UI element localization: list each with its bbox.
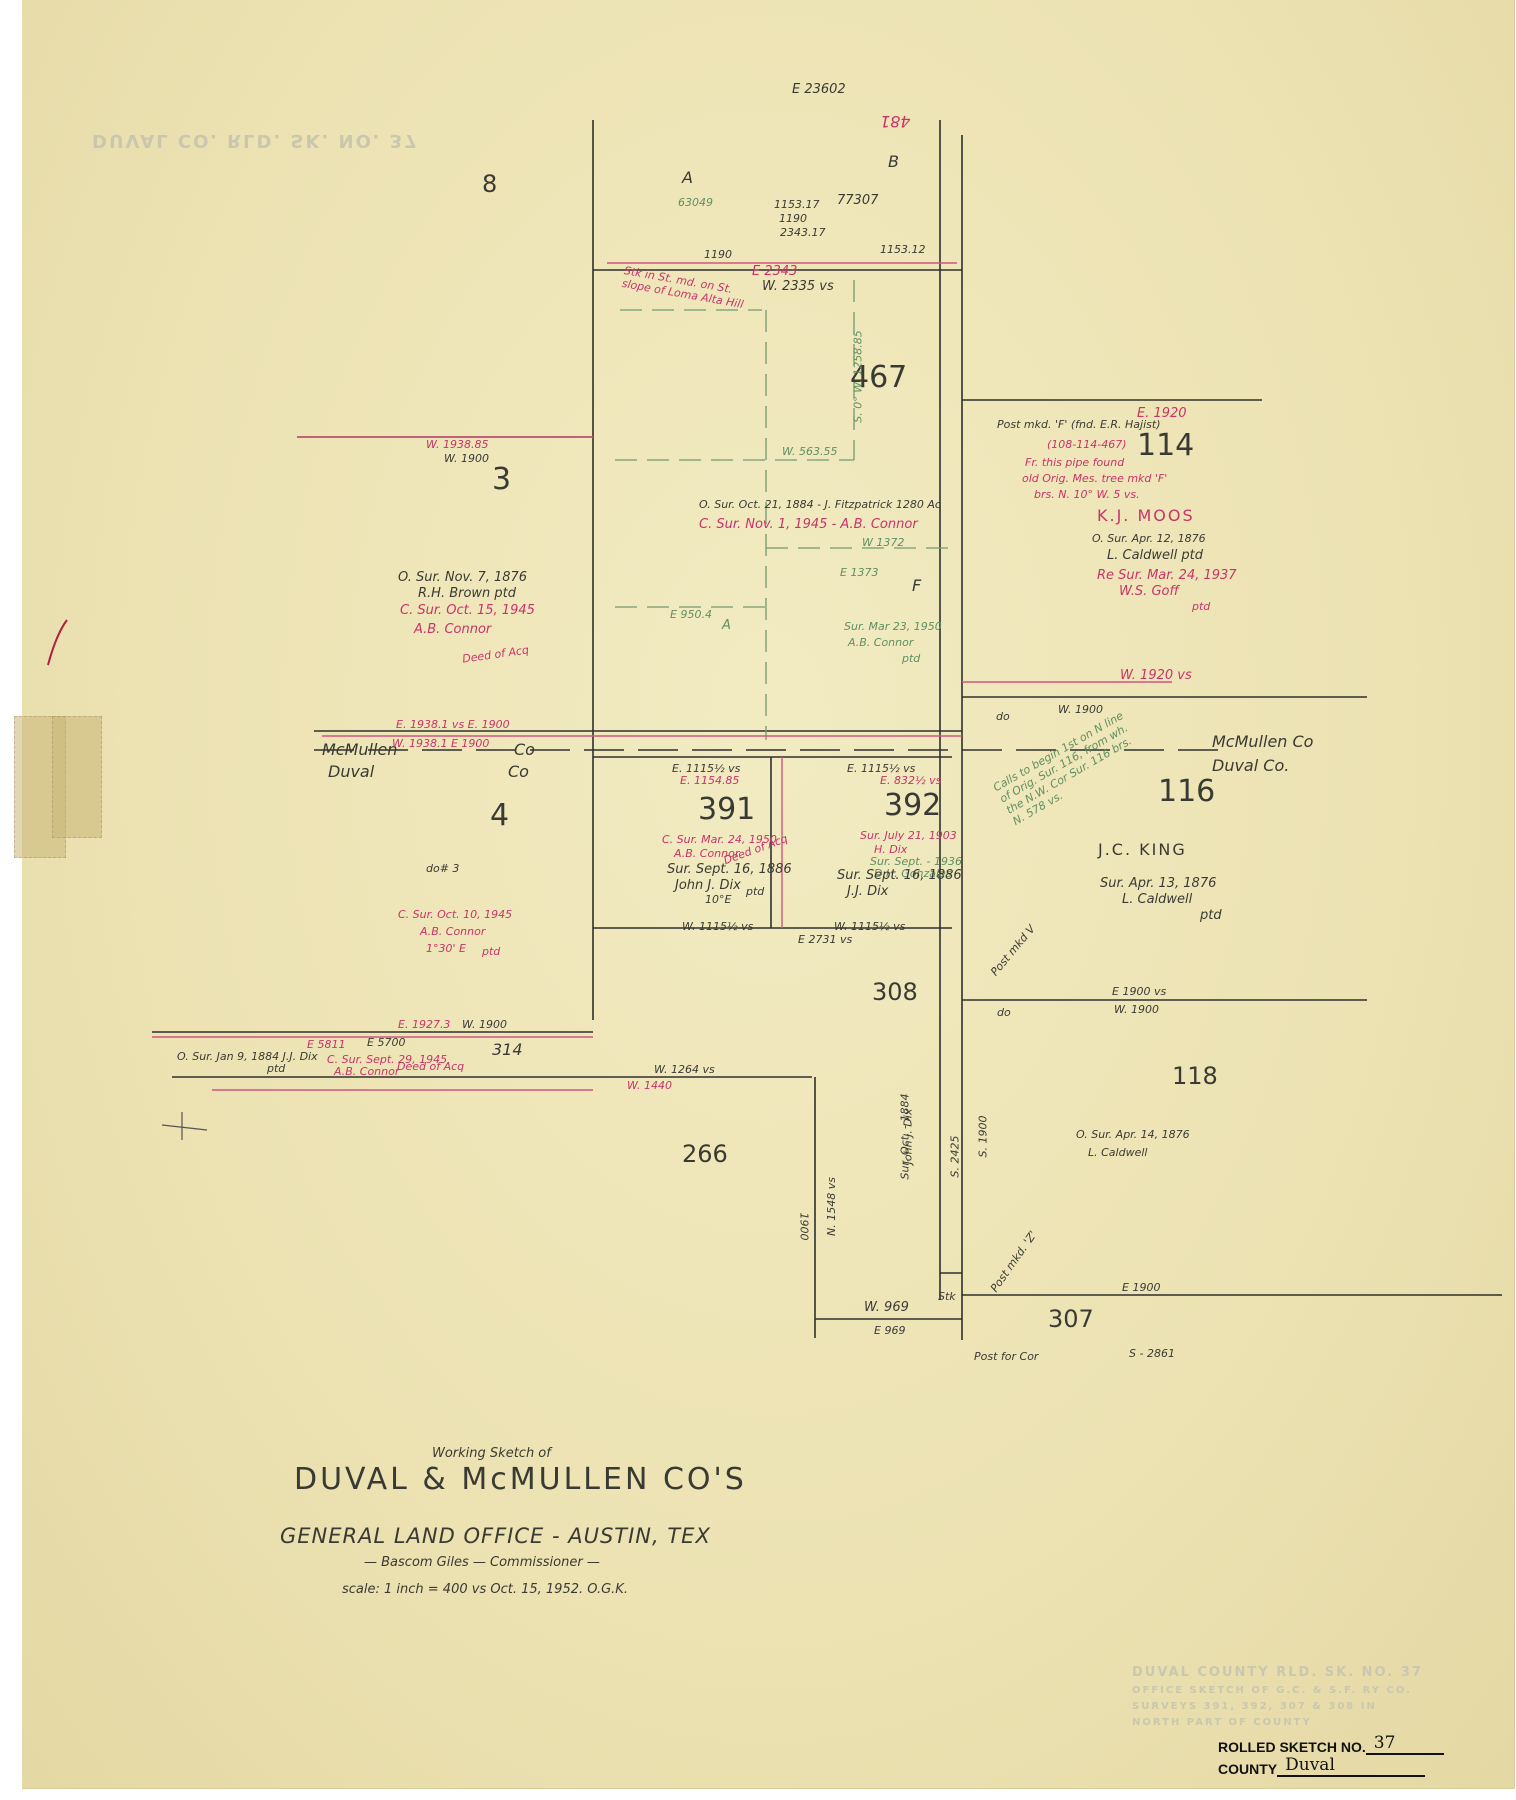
title-subtitle: Working Sketch of (432, 1446, 551, 1461)
s391-ptd: ptd (746, 885, 764, 898)
s392-e832: E. 832½ vs (880, 774, 941, 787)
block-b-area: 77307 (837, 193, 878, 208)
s114-w1920: W. 1920 vs (1120, 668, 1192, 683)
rolled-sketch-stamp: ROLLED SKETCH NO. 37 COUNTY Duval (1218, 1733, 1444, 1777)
ghost-text-bottom-4: NORTH PART OF COUNTY (1132, 1717, 1312, 1728)
survey-number-114: 114 (1137, 428, 1194, 463)
survey-number-391: 391 (698, 792, 755, 827)
block-a-area: 63049 (678, 196, 713, 209)
title-main: DUVAL & McMULLEN CO'S (294, 1462, 747, 1497)
s116-by: L. Caldwell (1122, 892, 1192, 907)
s3-corr-by: A.B. Connor (414, 622, 491, 637)
s3-w1900: W. 1900 (444, 452, 489, 465)
strip-s2425: S. 2425 (948, 1136, 961, 1178)
s392-s-w: W. 1115½ vs (834, 920, 905, 933)
county-north-right: McMullen Co (1212, 732, 1313, 751)
s314-orig: O. Sur. Jan 9, 1884 J.J. Dix (177, 1050, 318, 1063)
top-ref: E 23602 (792, 82, 846, 97)
calc-1: 1153.17 (774, 198, 820, 211)
s391-n-e2: E. 1154.85 (680, 774, 739, 787)
strip-by: John J. Dix (901, 1109, 914, 1165)
s118-w1900: W. 1900 (1114, 1003, 1159, 1016)
s4-by: A.B. Connor (420, 925, 485, 938)
title-commissioner: — Bascom Giles — Commissioner — (364, 1555, 600, 1570)
s391-s-w: W. 1115½ vs (682, 920, 753, 933)
stamp-rolled-sketch-label: ROLLED SKETCH NO. (1218, 1739, 1366, 1755)
s467-north-w: W. 2335 vs (762, 279, 834, 294)
s3-by: R.H. Brown ptd (418, 586, 516, 601)
s391-by: John J. Dix (675, 878, 741, 893)
s314-e5700: E 5700 (367, 1036, 405, 1049)
s118-do: do (997, 1006, 1011, 1019)
s118-by: L. Caldwell (1088, 1146, 1147, 1159)
s314-ptd: ptd (267, 1062, 285, 1075)
s114-pipe-1: Fr. this pipe found (1025, 456, 1124, 469)
s392-orig: Sur. Sept. 16, 1886 (837, 868, 962, 883)
survey-number-308: 308 (872, 978, 918, 1006)
s4-corr: C. Sur. Oct. 10, 1945 (398, 908, 512, 921)
survey-number-307: 307 (1048, 1305, 1094, 1333)
s314-e1927: E. 1927.3 (398, 1018, 450, 1031)
block-b-label: B (888, 152, 899, 171)
s467-w1372: W 1372 (862, 536, 904, 549)
s114-by: L. Caldwell ptd (1107, 548, 1203, 563)
s114-ref: (108-114-467) (1047, 438, 1127, 451)
s467-north-e: E 2343 (752, 264, 797, 279)
strip-stk: Stk (938, 1290, 956, 1303)
s467-bearing: S. 0° W. 1258.85 (852, 330, 865, 422)
strip-e969: E 969 (874, 1324, 905, 1337)
survey-number-392: 392 (884, 788, 941, 823)
calc-2: 1190 (779, 212, 807, 225)
s467-e1373: E 1373 (840, 566, 878, 579)
s4-note: 1°30' E (426, 942, 466, 955)
s266-w1264: W. 1264 vs (654, 1063, 715, 1076)
county-co-lower: Co (508, 762, 529, 781)
county-south-right: Duval Co. (1212, 756, 1289, 775)
s3-orig: O. Sur. Nov. 7, 1876 (398, 570, 527, 585)
strip-n1548: N. 1548 vs (825, 1177, 838, 1236)
title-office: GENERAL LAND OFFICE - AUSTIN, TEX (280, 1524, 711, 1548)
s3-corr: C. Sur. Oct. 15, 1945 (400, 603, 535, 618)
ghost-text-top: DUVAL CO. RLD. SK. NO. 37 (92, 130, 419, 151)
s3-w1938: W. 1938.85 (426, 438, 488, 451)
s467-e950: E 950.4 (670, 608, 712, 621)
s116-w1900: W. 1900 (1058, 703, 1103, 716)
s118-orig: O. Sur. Apr. 14, 1876 (1076, 1128, 1190, 1141)
survey-number-4: 4 (490, 798, 509, 833)
map-sheet: DUVAL CO. RLD. SK. NO. 37 DUVAL COUNTY R… (22, 0, 1515, 1789)
stamp-county-label: COUNTY (1218, 1761, 1277, 1777)
s114-owner: K.J. MOOS (1097, 506, 1195, 525)
s4-e1938: E. 1938.1 vs E. 1900 (396, 718, 510, 731)
ghost-text-bottom-2: OFFICE SKETCH OF G.C. & S.F. RY CO. (1132, 1685, 1412, 1696)
s114-pipe-2: old Orig. Mes. tree mkd 'F' (1022, 472, 1167, 485)
s467-mar: Sur. Mar 23, 1950 (844, 620, 942, 633)
s467-ptd: ptd (902, 652, 920, 665)
title-scale-date: scale: 1 inch = 400 vs Oct. 15, 1952. O.… (342, 1582, 628, 1597)
s114-orig: O. Sur. Apr. 12, 1876 (1092, 532, 1206, 545)
s114-pipe-3: brs. N. 10° W. 5 vs. (1034, 488, 1140, 501)
survey-number-314: 314 (492, 1040, 523, 1059)
line-e-1153: 1153.12 (880, 243, 926, 256)
strip-s1900: S. 1900 (976, 1116, 989, 1158)
s114-resur-by: W.S. Goff (1119, 584, 1179, 599)
calc-3: 2343.17 (780, 226, 826, 239)
s4-ptd: ptd (482, 945, 500, 958)
s114-ptd: ptd (1192, 600, 1210, 613)
block-a-label: A (682, 168, 693, 187)
s467-corr: C. Sur. Nov. 1, 1945 - A.B. Connor (699, 517, 918, 532)
s114-post: Post mkd. 'F' (fnd. E.R. Hajist) (997, 418, 1161, 431)
county-south-left: Duval (328, 762, 374, 781)
stamp-county: Duval (1277, 1755, 1425, 1777)
survey-number-116: 116 (1158, 774, 1215, 809)
s116-owner: J.C. KING (1098, 840, 1187, 859)
s4-do3: do# 3 (426, 862, 459, 875)
strip-1900: 1900 (798, 1213, 811, 1241)
tape-piece (52, 716, 102, 838)
s467-w563: W. 563.55 (782, 445, 837, 458)
strip-w969: W. 969 (864, 1300, 909, 1315)
survey-number-3: 3 (492, 462, 511, 497)
stamp-rolled-sketch-no: 37 (1366, 1733, 1444, 1755)
s391-note: 10°E (705, 893, 731, 906)
s4-w1938: W. 1938.1 E 1900 (392, 737, 489, 750)
survey-number-118: 118 (1172, 1062, 1218, 1090)
survey-number-481: 481 (880, 112, 911, 131)
s391-orig: Sur. Sept. 16, 1886 (667, 862, 792, 877)
survey-number-266: 266 (682, 1140, 728, 1168)
s116-do: do (996, 710, 1010, 723)
s114-resur: Re Sur. Mar. 24, 1937 (1097, 568, 1237, 583)
s307-e1900: E 1900 (1122, 1281, 1160, 1294)
s307-s2861: S - 2861 (1129, 1347, 1175, 1360)
s314-corr-by: A.B. Connor (334, 1065, 399, 1078)
ghost-text-bottom-1: DUVAL COUNTY RLD. SK. NO. 37 (1132, 1665, 1423, 1680)
ghost-text-bottom-3: SURVEYS 391, 392, 307 & 308 IN (1132, 1701, 1377, 1712)
s467-orig: O. Sur. Oct. 21, 1884 - J. Fitzpatrick 1… (699, 498, 941, 511)
s314-w1900: W. 1900 (462, 1018, 507, 1031)
line-w-1190: 1190 (704, 248, 732, 261)
county-north-left: McMullen (322, 740, 397, 759)
s116-ptd: ptd (1200, 908, 1222, 923)
s116-orig: Sur. Apr. 13, 1876 (1100, 876, 1216, 891)
s392-sur1: Sur. July 21, 1903 (860, 829, 957, 842)
county-co-upper: Co (514, 740, 535, 759)
survey-number-8: 8 (482, 170, 497, 198)
s467-mar-by: A.B. Connor (848, 636, 913, 649)
strip-post-cor: Post for Cor (974, 1350, 1038, 1363)
s118-e1900: E 1900 vs (1112, 985, 1166, 998)
s392-e2731: E 2731 vs (798, 933, 852, 946)
s392-by: J.J. Dix (847, 884, 888, 899)
s266-w1440: W. 1440 (627, 1079, 672, 1092)
block-f-label: F (912, 576, 921, 595)
s314-deed: Deed of Acq (397, 1060, 464, 1073)
block-a2-label: A (722, 618, 731, 633)
